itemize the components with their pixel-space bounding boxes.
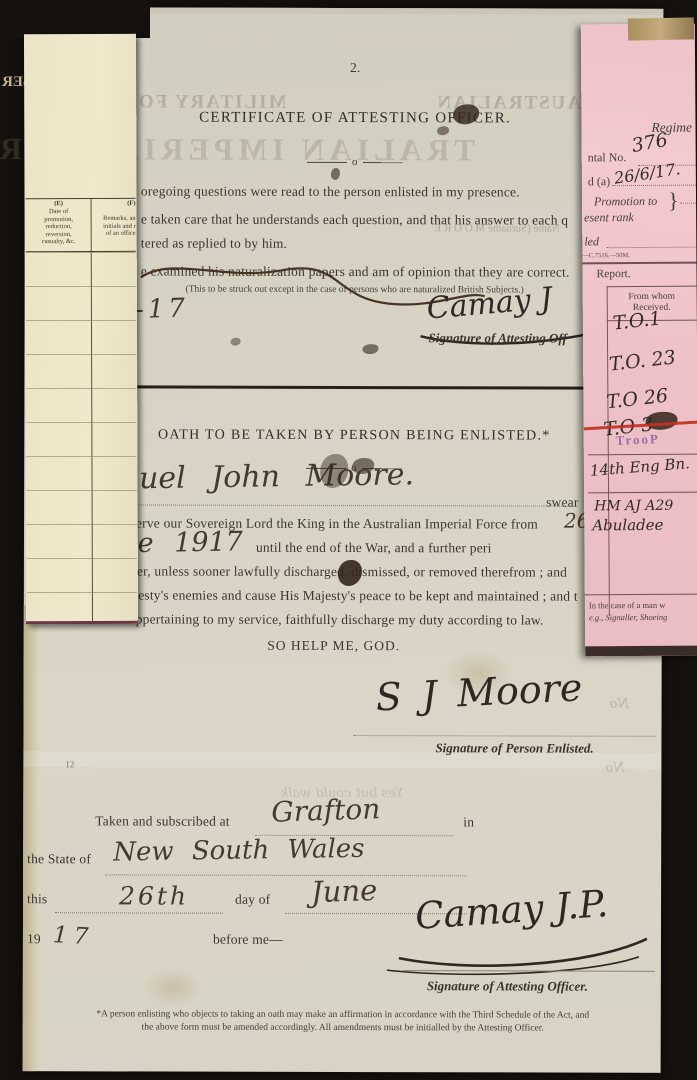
column-f-line: of an office [92,230,136,238]
pink-bottom-edge [585,646,697,657]
year-printed: 19 [27,931,41,947]
so-help-me-god: SO HELP ME, GOD. [214,638,454,655]
pink-footer-line-2: e.g., Signaller, Shoeing [589,612,667,623]
signature-rule-line [353,734,655,737]
day-of-label: day of [235,892,270,908]
received-entry-1: T.O.1 [612,307,663,334]
oath-line-4: Majesty's enemies and cause His Majesty'… [116,587,586,604]
person-enlisted-signature: S J Moore [375,665,584,719]
state-of-label: the State of [27,851,91,867]
received-entry-2: T.O. 23 [608,346,677,375]
strip-empty-rows [26,252,137,623]
scanner-background-corner [0,0,150,38]
attesting-officer-signature-bottom: Camay J.P. [414,882,610,938]
bleedthrough-surname-text: Name (Surname M O O R E [435,222,560,234]
taken-subscribed-label: Taken and subscribed at [95,813,230,829]
pink-rule [612,184,696,187]
age-stain [143,967,203,1007]
date-label: d (a) [588,174,610,189]
ink-blot [331,168,340,180]
certificate-line-4: e examined his naturalization papers and… [141,263,570,280]
received-entry-3: T.O 26 [605,385,669,414]
page-top-edge [135,7,663,14]
led-label: led [584,234,599,249]
divider-dash [362,162,402,163]
certificate-line-3: tered as replied to by him. [141,235,287,251]
pink-footer-line-1: In the case of a man w [589,600,666,611]
attesting-rule-line [403,970,655,972]
form-print-code: —C.7516.—50M. [582,252,630,259]
state-handwritten: New South Wales [113,834,365,868]
left-fold-edge [23,605,40,1071]
ink-blot [362,344,378,354]
column-f-line: initials and r [92,222,136,230]
this-label: this [27,891,47,907]
column-f-header: Remarks, an initials and r of an office [92,215,136,238]
before-me-label: before me— [213,932,283,948]
strip-table-header: (E) Date of promotion, reduction, revers… [26,199,136,252]
tape-edge [628,17,694,40]
regimental-number-handwritten: 376 [630,129,670,157]
day-rule-line [55,911,223,913]
pink-record-form: Regime 376 ntal No. d (a) 26/6/17. Promo… [581,24,697,657]
oath-line-2: until the end of the War, and a further … [256,540,586,557]
troop-stamp: TrooP [615,431,660,449]
certificate-line-1: oregoing questions were read to the pers… [141,183,520,200]
service-record-strip: (E) Date of promotion, reduction, revers… [24,34,138,624]
day-handwritten: 26th [119,881,189,910]
present-rank-label: esent rank [584,210,634,225]
unit-handwritten: 14th Eng Bn. [589,454,690,480]
ink-smudge [646,412,678,430]
bleedthrough-no-2: No [605,761,624,776]
regimental-number-label: ntal No. [588,150,627,165]
pink-column-divider [607,286,610,616]
divider-o: o [352,156,358,168]
footnote-line-2: the above form must be amended according… [51,1022,635,1034]
column-f-line: Remarks, an [92,215,136,223]
place-handwritten: Grafton [271,792,381,829]
attesting-signature-caption-bottom: Signature of Attesting Officer. [427,978,588,994]
pink-cell-rule [607,286,697,288]
pink-footer-rule [585,594,697,596]
month-handwritten: June [311,873,378,909]
section-rule [106,385,662,389]
faint-mark: 12 [65,759,74,769]
bleedthrough-no-1: No [610,697,629,712]
oath-title: OATH TO BE TAKEN BY PERSON BEING ENLISTE… [124,427,584,444]
page-number: 2. [325,60,385,76]
strip-table: (E) Date of promotion, reduction, revers… [26,198,137,623]
column-f-tag: (F) [92,200,136,207]
strip-bottom-edge [26,621,138,624]
divider-dash [307,161,347,162]
person-enlisted-caption: Signature of Person Enlisted. [435,740,593,756]
note-handwritten-1: HM AJ A29 [594,498,673,515]
section-divider: o [307,156,403,168]
year-handwritten: 17 [52,922,95,950]
report-title: Report. [596,268,630,280]
note-handwritten-2: Abuladee [592,516,663,534]
brace-glyph: } [668,188,679,214]
column-e-line: casualty, &c. [28,238,90,246]
state-rule-line [105,873,467,876]
pink-cell-rule [588,492,697,494]
column-e-tag: (E) [28,200,90,207]
ink-blot-large [338,560,362,586]
column-e-header: Date of promotion, reduction, reversion,… [28,208,90,246]
footnote-line-1: *A person enlisting who objects to takin… [51,1009,635,1021]
pink-rule [606,246,696,249]
oath-line-5: rs appertaining to my service, faithfull… [116,611,544,628]
in-word: in [463,814,474,830]
bleedthrough-surname: Name (Surname M O O R E [345,218,560,237]
ink-blot [231,338,241,346]
pink-rule [680,202,696,204]
pink-section-rule [582,262,696,265]
certificate-title: CERTIFICATE OF ATTESTING OFFICER. [145,109,565,127]
promotion-label: Promotion to [594,194,657,209]
